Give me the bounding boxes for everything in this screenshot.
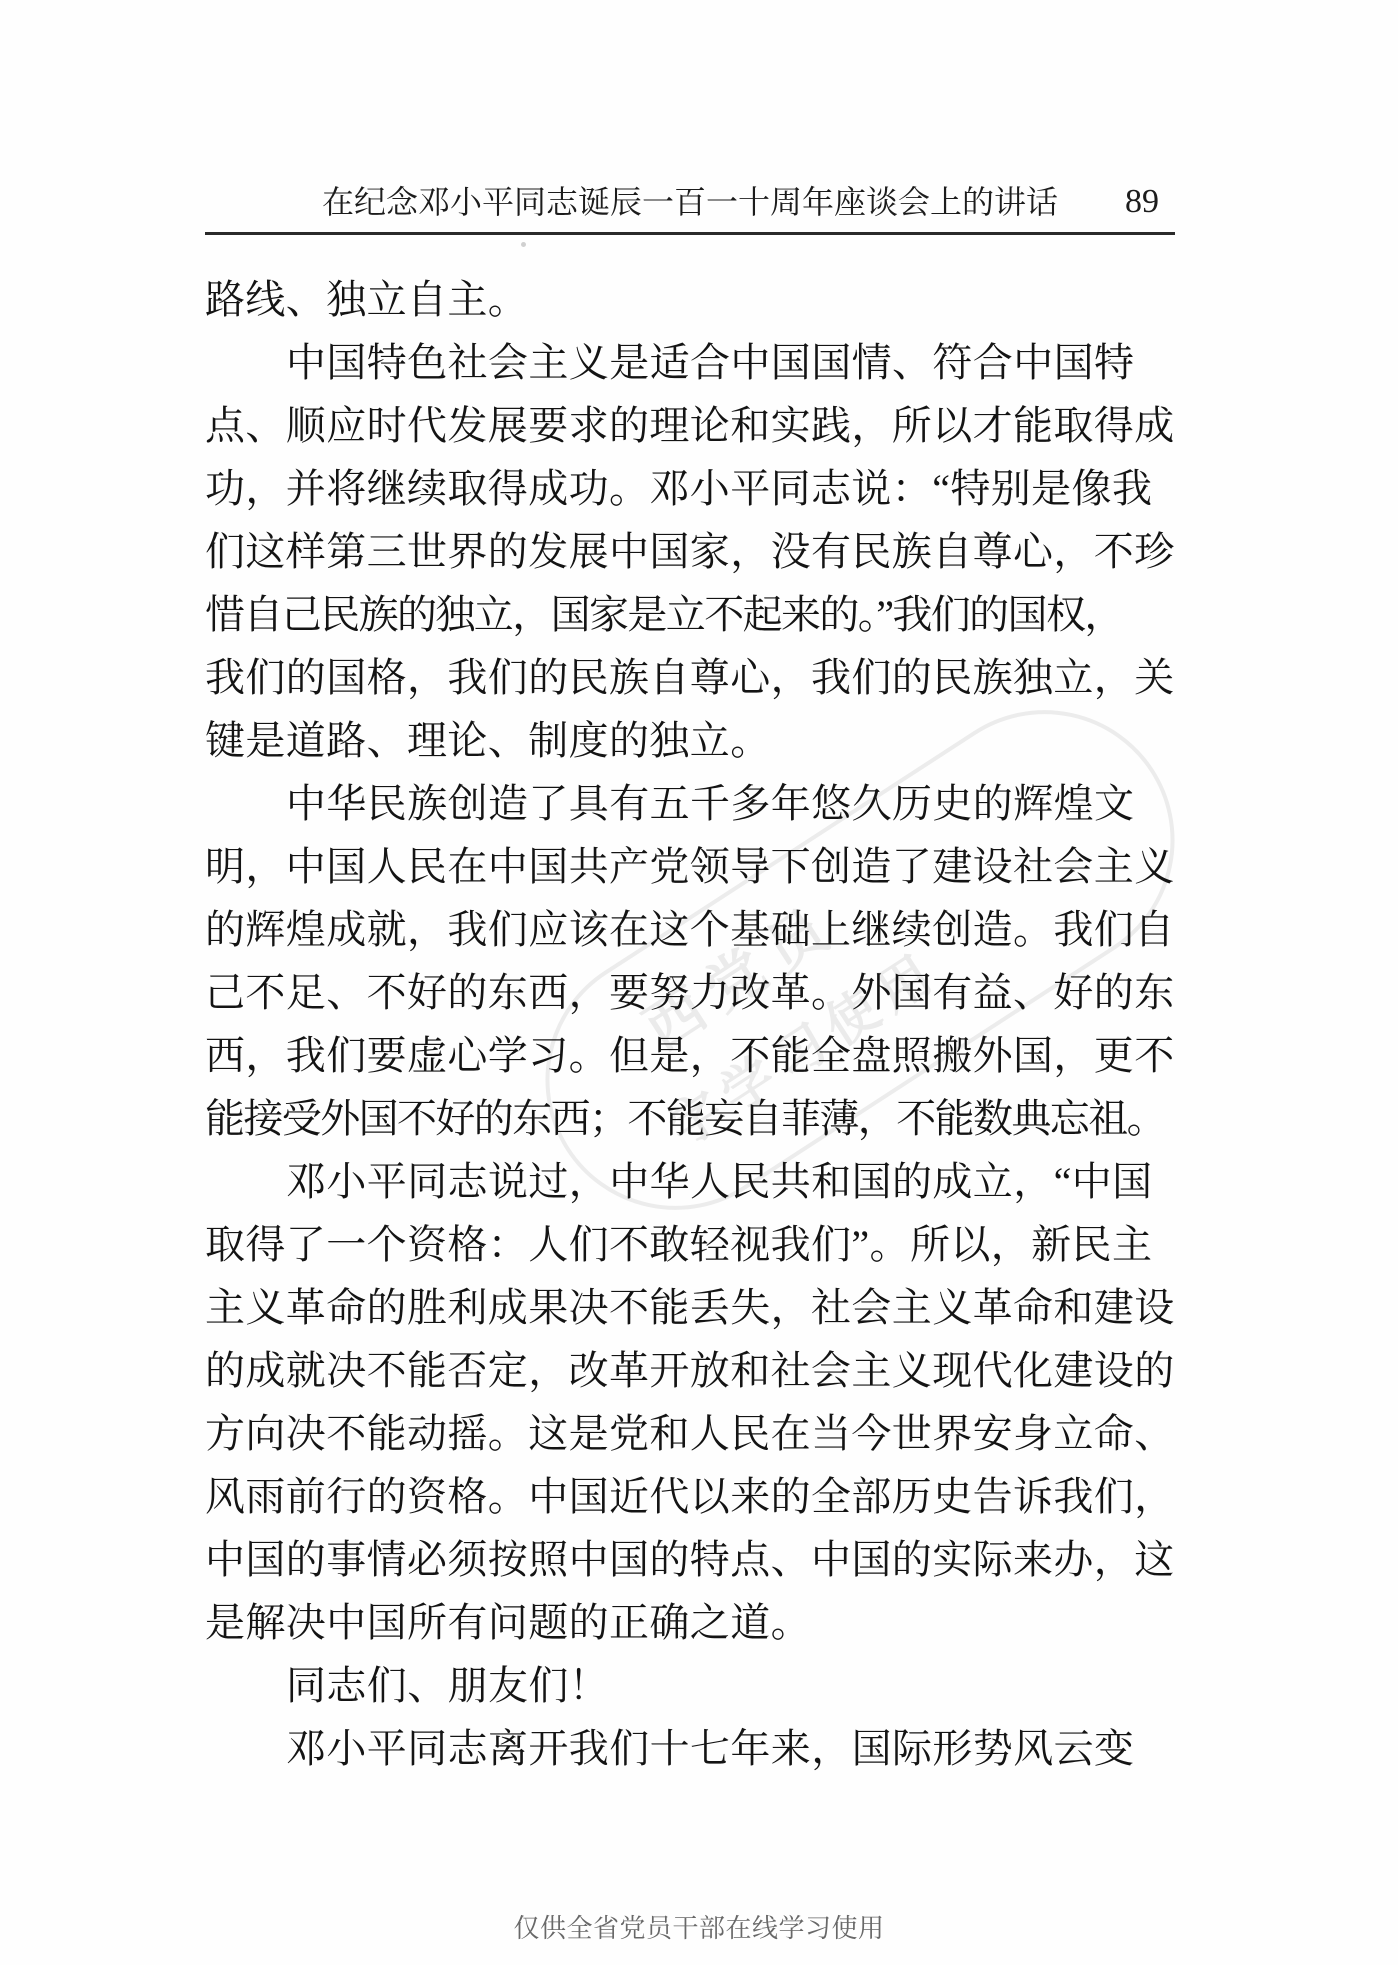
- body-line: 我们的国格，我们的民族自尊心，我们的民族独立，关: [205, 646, 1180, 709]
- body-line: 惜自己民族的独立，国家是立不起来的。”我们的国权，: [205, 583, 1180, 646]
- footer-notice: 仅供全省党员干部在线学习使用: [0, 1908, 1398, 1948]
- body-line: 邓小平同志离开我们十七年来，国际形势风云变: [205, 1717, 1180, 1780]
- body-line: 中华民族创造了具有五千多年悠久历史的辉煌文: [205, 772, 1180, 835]
- body-line: 取得了一个资格：人们不敢轻视我们”。所以，新民主: [205, 1213, 1180, 1276]
- body-line: 点、顺应时代发展要求的理论和实践，所以才能取得成: [205, 394, 1180, 457]
- body-text: 路线、独立自主。中国特色社会主义是适合中国国情、符合中国特点、顺应时代发展要求的…: [205, 268, 1180, 1780]
- header-rule: [205, 232, 1175, 235]
- body-line: 的辉煌成就，我们应该在这个基础上继续创造。我们自: [205, 898, 1180, 961]
- page-number: 89: [1125, 180, 1159, 224]
- body-line: 中国的事情必须按照中国的特点、中国的实际来办，这: [205, 1528, 1180, 1591]
- body-line: 己不足、不好的东西，要努力改革。外国有益、好的东: [205, 961, 1180, 1024]
- body-line: 风雨前行的资格。中国近代以来的全部历史告诉我们，: [205, 1465, 1180, 1528]
- body-line: 邓小平同志说过，中华人民共和国的成立，“中国: [205, 1150, 1180, 1213]
- body-line: 方向决不能动摇。这是党和人民在当今世界安身立命、: [205, 1402, 1180, 1465]
- scan-speck: [521, 242, 526, 247]
- body-line: 明，中国人民在中国共产党领导下创造了建设社会主义: [205, 835, 1180, 898]
- body-line: 键是道路、理论、制度的独立。: [205, 709, 1180, 772]
- body-line: 同志们、朋友们！: [205, 1654, 1180, 1717]
- body-line: 中国特色社会主义是适合中国国情、符合中国特: [205, 331, 1180, 394]
- document-page: 在纪念邓小平同志诞辰一百一十周年座谈会上的讲话 89 西党员 字学习使用 路线、…: [0, 0, 1398, 1965]
- body-line: 路线、独立自主。: [205, 268, 1180, 331]
- body-line: 能接受外国不好的东西；不能妄自菲薄，不能数典忘祖。: [205, 1087, 1180, 1150]
- body-line: 们这样第三世界的发展中国家，没有民族自尊心，不珍: [205, 520, 1180, 583]
- running-head-title: 在纪念邓小平同志诞辰一百一十周年座谈会上的讲话: [205, 180, 1175, 224]
- body-line: 西，我们要虚心学习。但是，不能全盘照搬外国，更不: [205, 1024, 1180, 1087]
- body-line: 功，并将继续取得成功。邓小平同志说：“特别是像我: [205, 457, 1180, 520]
- body-line: 是解决中国所有问题的正确之道。: [205, 1591, 1180, 1654]
- body-line: 的成就决不能否定，改革开放和社会主义现代化建设的: [205, 1339, 1180, 1402]
- body-line: 主义革命的胜利成果决不能丢失，社会主义革命和建设: [205, 1276, 1180, 1339]
- page-header: 在纪念邓小平同志诞辰一百一十周年座谈会上的讲话 89: [205, 180, 1175, 224]
